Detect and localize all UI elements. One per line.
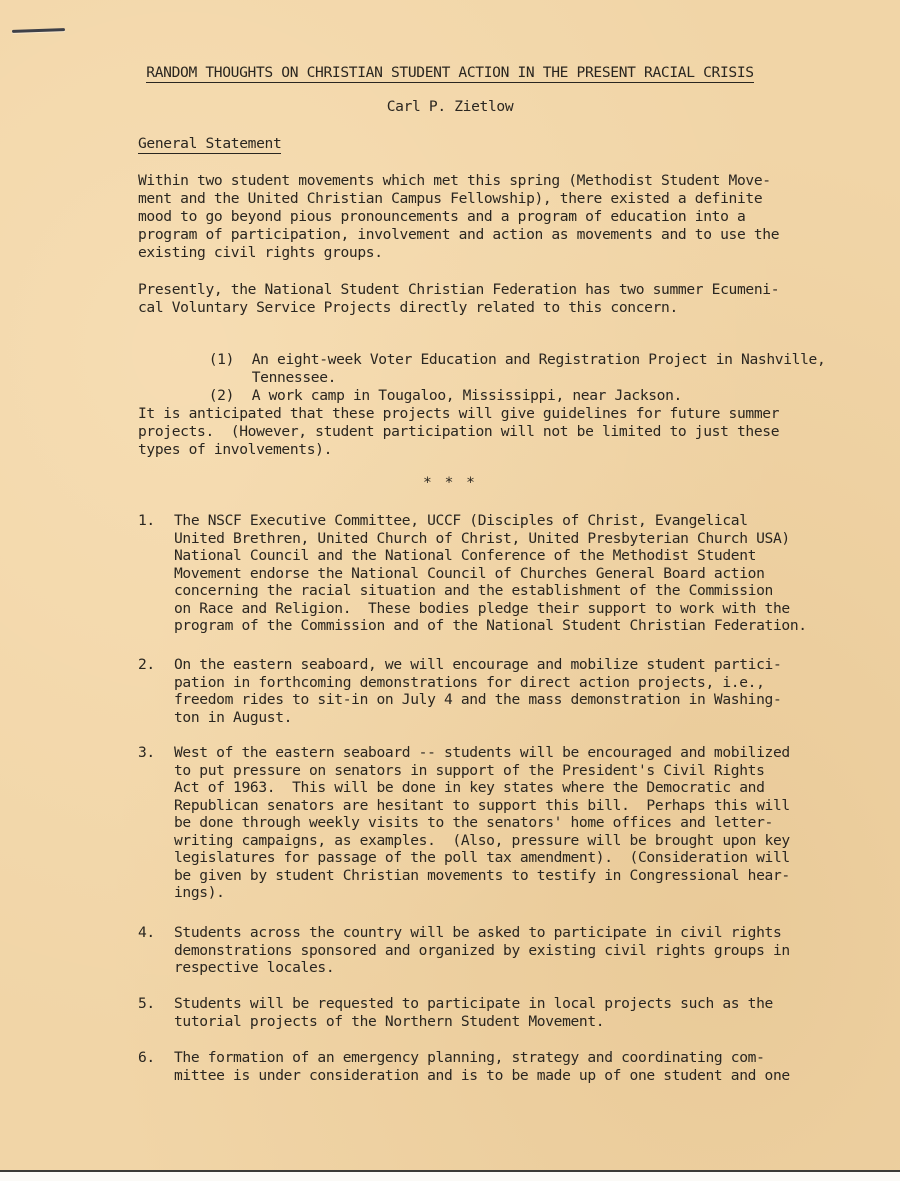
item-number: 1.	[138, 512, 155, 530]
document-title-text: RANDOM THOUGHTS ON CHRISTIAN STUDENT ACT…	[146, 64, 753, 83]
intro-paragraph: Presently, the National Student Christia…	[138, 281, 838, 317]
item-text: On the eastern seaboard, we will encoura…	[174, 656, 781, 726]
item-number: 2.	[138, 656, 155, 674]
item-text: Students will be requested to participat…	[174, 995, 773, 1030]
item-number: 4.	[138, 924, 155, 942]
intro-paragraph: Within two student movements which met t…	[138, 172, 838, 262]
project-marker: (1)	[209, 351, 252, 369]
staple-icon	[12, 28, 65, 33]
section-separator: * * *	[0, 474, 900, 491]
item-number: 5.	[138, 995, 155, 1013]
item-text: Students across the country will be aske…	[174, 924, 790, 977]
item-number: 3.	[138, 744, 155, 762]
document-title: RANDOM THOUGHTS ON CHRISTIAN STUDENT ACT…	[0, 64, 900, 81]
author-name: Carl P. Zietlow	[0, 98, 900, 115]
section-heading: General Statement	[138, 135, 281, 154]
item-number: 6.	[138, 1049, 155, 1067]
item-text: The NSCF Executive Committee, UCCF (Disc…	[174, 512, 807, 635]
page-bottom-edge	[0, 1170, 900, 1181]
project-marker: (2)	[209, 387, 252, 405]
intro-paragraph: It is anticipated that these projects wi…	[138, 405, 838, 459]
project-text: A work camp in Tougaloo, Mississippi, ne…	[252, 387, 682, 405]
item-text: West of the eastern seaboard -- students…	[174, 744, 790, 902]
document-page: RANDOM THOUGHTS ON CHRISTIAN STUDENT ACT…	[0, 0, 900, 1170]
item-text: The formation of an emergency planning, …	[174, 1049, 790, 1084]
